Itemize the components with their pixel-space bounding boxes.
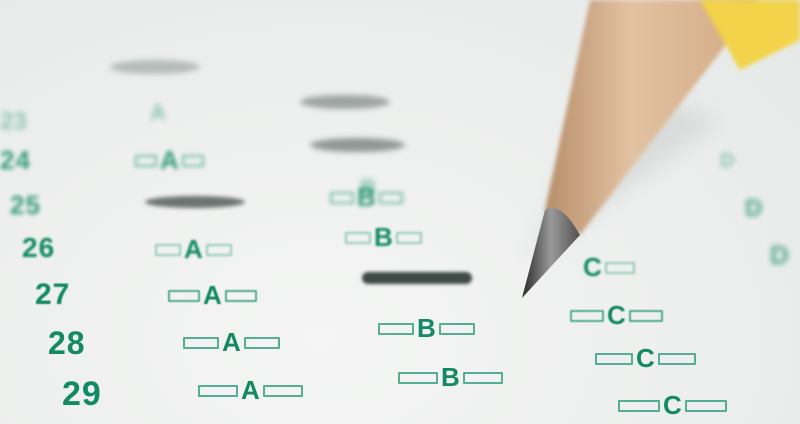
- bubble-b[interactable]: B: [378, 313, 475, 344]
- bubble-b[interactable]: B: [345, 222, 422, 253]
- filled-bubble-b[interactable]: [362, 272, 472, 284]
- filled-bubble-a[interactable]: [145, 196, 245, 208]
- bubble-b[interactable]: B: [398, 362, 503, 393]
- bubble-c[interactable]: C: [595, 343, 696, 374]
- question-number: 29: [62, 375, 102, 414]
- bubble-a[interactable]: A: [155, 234, 232, 265]
- bubble-a[interactable]: A: [168, 280, 257, 311]
- answer-sheet-photo: 23 A B 24 A 25 B 26 A B C 27 A: [0, 0, 800, 424]
- question-row-28: 28 A B C: [0, 325, 800, 365]
- question-number: 24: [0, 145, 31, 176]
- question-row-24: 24 A: [0, 145, 800, 185]
- question-number: 26: [22, 232, 55, 264]
- question-row-29: 29 A B C: [0, 375, 800, 415]
- bubble-a[interactable]: A: [135, 145, 204, 176]
- question-row-27: 27 A C: [0, 278, 800, 318]
- bubble-c[interactable]: C: [618, 390, 727, 421]
- bubble-b[interactable]: B: [330, 182, 403, 213]
- bubble-a[interactable]: A: [183, 327, 280, 358]
- question-number: 28: [48, 325, 86, 362]
- question-number: 27: [35, 278, 70, 312]
- question-row-26: 26 A B C: [0, 232, 800, 272]
- question-number: 25: [10, 190, 41, 221]
- bubble-a[interactable]: A: [198, 375, 303, 406]
